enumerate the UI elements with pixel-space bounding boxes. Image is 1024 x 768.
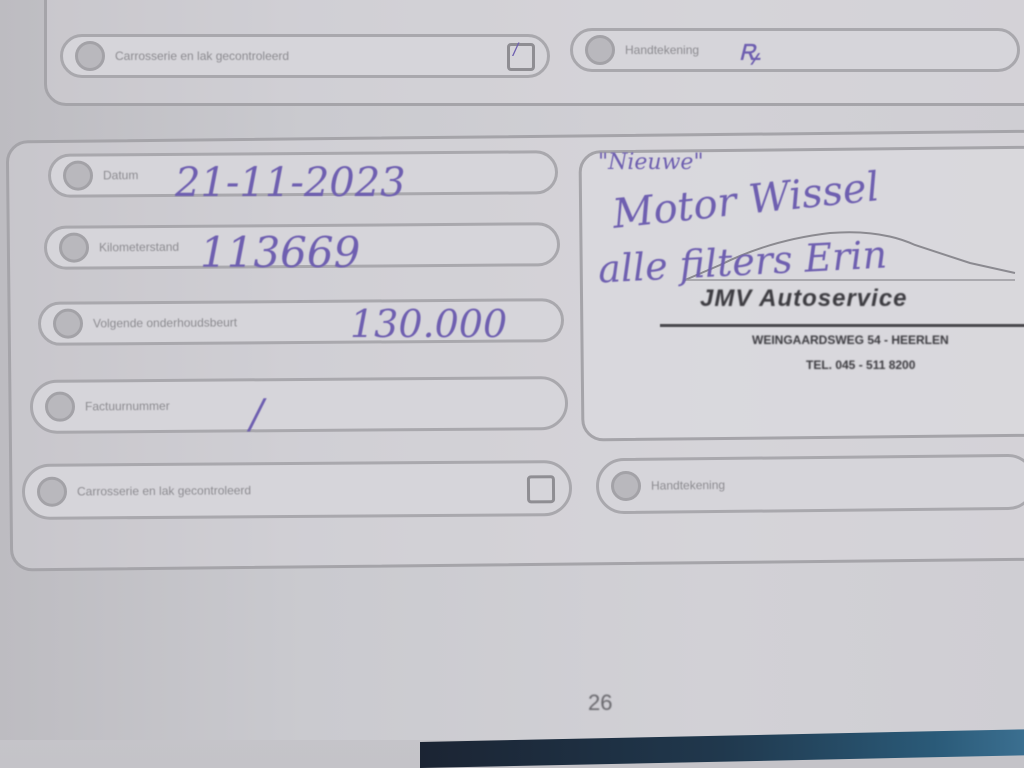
radio-dot-icon [45, 392, 75, 422]
field-signature[interactable]: Handtekening [596, 454, 1024, 515]
handwritten-invoice-number: / [250, 392, 263, 438]
handwritten-next-service: 130.000 [350, 302, 507, 346]
radio-dot-icon [75, 41, 105, 71]
signature-scribble-previous: ꝶ [738, 28, 761, 69]
page-number: 26 [588, 690, 612, 716]
field-body-paint-checked-previous: Carrosserie en lak gecontroleerd / [60, 34, 550, 78]
booklet-page: Carrosserie en lak gecontroleerd / Handt… [0, 0, 1024, 740]
handwritten-mileage: 113669 [200, 228, 360, 277]
field-label: Handtekening [625, 43, 699, 57]
handwritten-remark-line-1: "Nieuwe" [598, 150, 704, 175]
checkbox-checked-icon[interactable]: / [507, 43, 535, 71]
radio-dot-icon [37, 477, 67, 507]
radio-dot-icon [53, 309, 83, 339]
radio-dot-icon [585, 35, 615, 65]
field-body-paint-checked[interactable]: Carrosserie en lak gecontroleerd [22, 460, 572, 520]
checkbox-empty-icon[interactable] [527, 475, 555, 503]
stamp-divider [660, 324, 1024, 327]
radio-dot-icon [611, 471, 641, 501]
stamp-phone: TEL. 045 - 511 8200 [806, 358, 915, 372]
stamp-company-name: JMV Autoservice [700, 285, 908, 313]
field-signature-previous: Handtekening [570, 28, 1020, 72]
field-label: Carrosserie en lak gecontroleerd [115, 49, 289, 63]
field-label: Datum [103, 168, 138, 182]
field-label: Volgende onderhoudsbeurt [93, 315, 237, 330]
stamp-address: WEINGAARDSWEG 54 - HEERLEN [752, 333, 949, 347]
radio-dot-icon [59, 232, 89, 262]
handwritten-date: 21-11-2023 [175, 160, 406, 206]
radio-dot-icon [63, 160, 93, 190]
field-label: Handtekening [651, 478, 725, 493]
field-label: Kilometerstand [99, 240, 179, 255]
field-label: Factuurnummer [85, 399, 170, 414]
field-invoice-number[interactable]: Factuurnummer [30, 376, 568, 434]
field-label: Carrosserie en lak gecontroleerd [77, 483, 251, 498]
